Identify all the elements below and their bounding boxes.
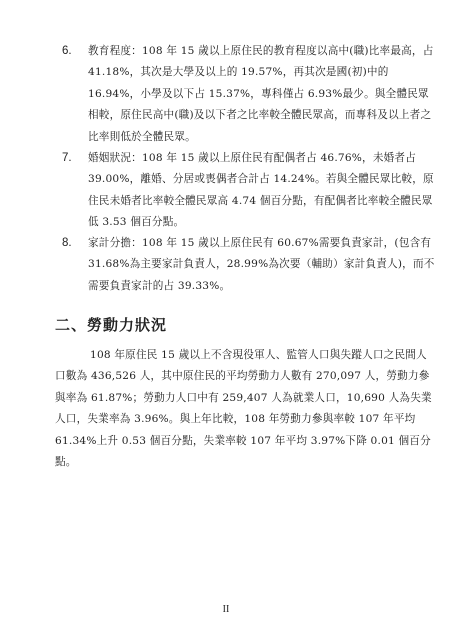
list-item-education: 6. 教育程度：108 年 15 歲以上原住民的教育程度以高中(職)比率最高，占… [62, 41, 437, 148]
item-text: 婚姻狀況：108 年 15 歲以上原住民有配偶者占 46.76%，未婚者占 39… [88, 148, 437, 234]
section-paragraph: 108 年原住民 15 歲以上不含現役軍人、監管人口與失蹤人口之民間人口數為 4… [55, 345, 435, 473]
item-text: 教育程度：108 年 15 歲以上原住民的教育程度以高中(職)比率最高，占 41… [88, 41, 437, 148]
page-number: II [0, 604, 452, 615]
list-item-household-burden: 8. 家計分擔：108 年 15 歲以上原住民有 60.67%需要負責家計，(包… [62, 233, 437, 297]
item-number: 6. [62, 45, 72, 57]
section-heading: 二、勞動力狀況 [55, 314, 167, 335]
item-number: 7. [62, 152, 72, 164]
item-text: 家計分擔：108 年 15 歲以上原住民有 60.67%需要負責家計，(包含有 … [88, 233, 437, 297]
list-item-marital-status: 7. 婚姻狀況：108 年 15 歲以上原住民有配偶者占 46.76%，未婚者占… [62, 148, 437, 234]
item-number: 8. [62, 237, 72, 249]
